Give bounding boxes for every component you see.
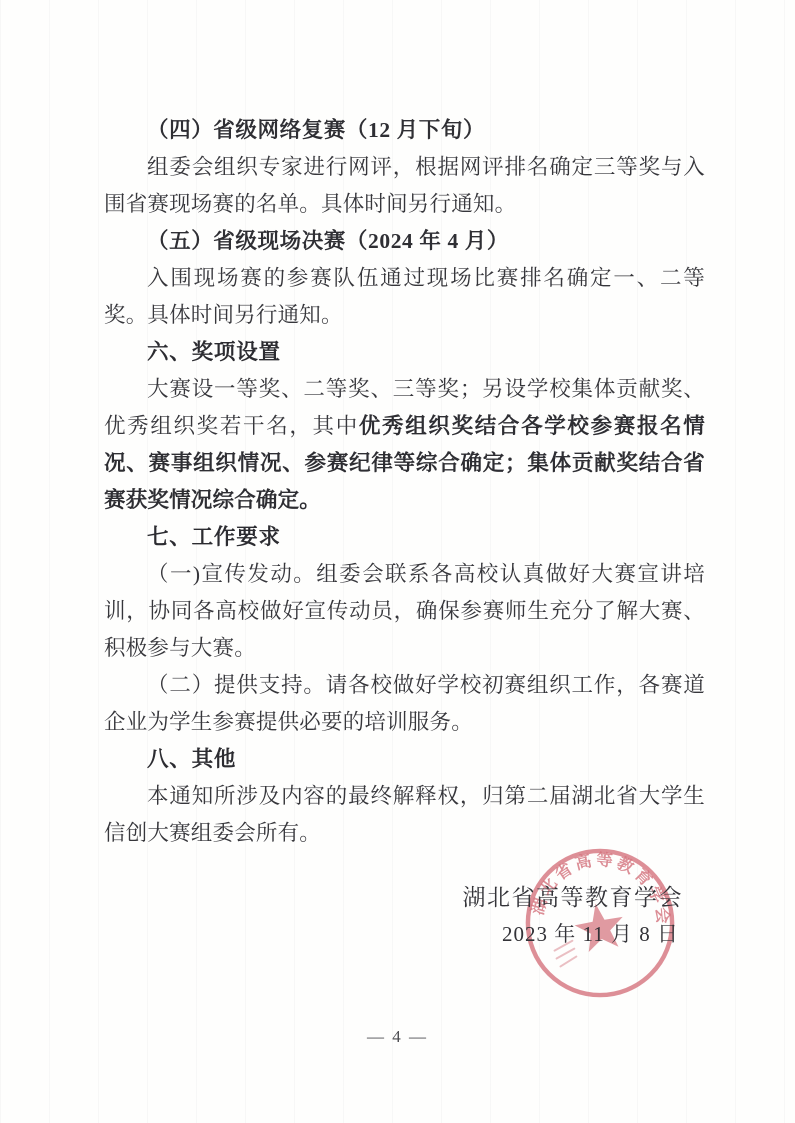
heading-section-6-awards: 六、奖项设置: [104, 334, 705, 371]
text-run: （二）提供支持。请各校做好学校初赛组织工作，各赛道企业为学生参赛提供必要的培训服…: [104, 673, 705, 734]
heading-section-8-other: 八、其他: [104, 741, 705, 778]
signature-date: 2023 年 11 月 8 日: [502, 918, 679, 948]
scanned-notice-page: （四）省级网络复赛（12 月下旬）组委会组织专家进行网评，根据网评排名确定三等奖…: [0, 0, 795, 1123]
text-run: （一)宣传发动。组委会联系各高校认真做好大赛宣讲培训，协同各高校做好宣传动员，确…: [104, 562, 705, 660]
document-blocks: （四）省级网络复赛（12 月下旬）组委会组织专家进行网评，根据网评排名确定三等奖…: [104, 112, 705, 852]
page-number: — 4 —: [0, 1027, 795, 1047]
heading-section-7-work-requirements: 七、工作要求: [104, 519, 705, 556]
para-work-item-1: （一)宣传发动。组委会联系各高校认真做好大赛宣讲培训，协同各高校做好宣传动员，确…: [104, 556, 705, 667]
para-work-item-2: （二）提供支持。请各校做好学校初赛组织工作，各赛道企业为学生参赛提供必要的培训服…: [104, 667, 705, 741]
text-run: 本通知所涉及内容的最终解释权，归第二届湖北省大学生信创大赛组委会所有。: [104, 784, 705, 845]
para-awards: 大赛设一等奖、二等奖、三等奖；另设学校集体贡献奖、优秀组织奖若干名，其中优秀组织…: [104, 371, 705, 519]
signature-organization: 湖北省高等教育学会: [463, 879, 684, 912]
heading-section-4-network-rematch: （四）省级网络复赛（12 月下旬）: [104, 112, 705, 149]
para-interpretation-right: 本通知所涉及内容的最终解释权，归第二届湖北省大学生信创大赛组委会所有。: [104, 778, 705, 852]
para-onsite-final: 入围现场赛的参赛队伍通过现场比赛排名确定一、二等奖。具体时间另行通知。: [104, 260, 705, 334]
text-run: 入围现场赛的参赛队伍通过现场比赛排名确定一、二等奖。具体时间另行通知。: [104, 266, 705, 327]
para-network-review: 组委会组织专家进行网评，根据网评排名确定三等奖与入围省赛现场赛的名单。具体时间另…: [104, 149, 705, 223]
heading-section-5-onsite-final: （五）省级现场决赛（2024 年 4 月）: [104, 223, 705, 260]
text-run: 组委会组织专家进行网评，根据网评排名确定三等奖与入围省赛现场赛的名单。具体时间另…: [104, 155, 705, 216]
